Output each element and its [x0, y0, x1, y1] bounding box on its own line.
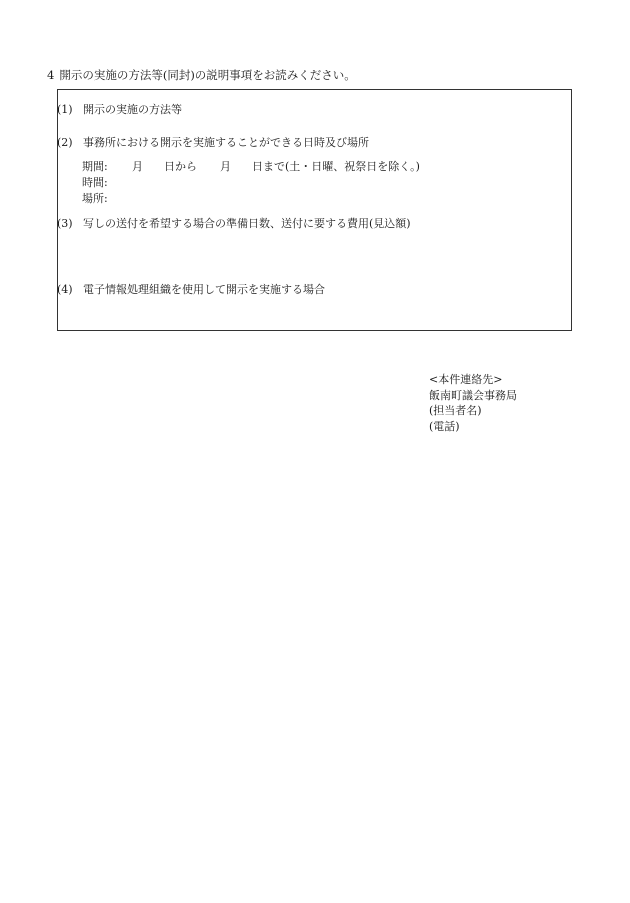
- period-row: 期間:月日から月日まで(土・日曜、祝祭日を除く。): [82, 161, 420, 172]
- section-heading-text: 開示の実施の方法等(同封)の説明事項をお読みください。: [59, 68, 355, 82]
- contact-office: 飯南町議会事務局: [429, 388, 517, 404]
- place-label: 場所:: [82, 193, 108, 204]
- contact-title: <本件連絡先>: [429, 372, 517, 388]
- day-until: 日まで(土・日曜、祝祭日を除く。): [252, 161, 420, 172]
- section-heading: 4開示の実施の方法等(同封)の説明事項をお読みください。: [47, 70, 356, 82]
- section-number: 4: [47, 68, 54, 82]
- month-until: 月: [220, 161, 252, 172]
- item-text: 電子情報処理組織を使用して開示を実施する場合: [83, 283, 325, 296]
- item-electronic-disclosure: (4)電子情報処理組織を使用して開示を実施する場合: [57, 284, 325, 295]
- disclosure-method-box: (1)開示の実施の方法等 (2)事務所における開示を実施することができる日時及び…: [57, 89, 572, 331]
- contact-person: (担当者名): [429, 403, 517, 419]
- item-label: (1): [57, 104, 83, 115]
- item-text: 事務所における開示を実施することができる日時及び場所: [83, 136, 369, 149]
- period-label: 期間:: [82, 161, 132, 172]
- item-text: 開示の実施の方法等: [83, 103, 182, 116]
- item-text: 写しの送付を希望する場合の準備日数、送付に要する費用(見込額): [83, 217, 411, 230]
- item-label: (3): [57, 218, 83, 229]
- time-label: 時間:: [82, 177, 108, 188]
- time-row: 時間:: [82, 177, 108, 188]
- contact-phone: (電話): [429, 419, 517, 435]
- item-copy-delivery: (3)写しの送付を希望する場合の準備日数、送付に要する費用(見込額): [57, 218, 411, 229]
- item-office-datetime-place: (2)事務所における開示を実施することができる日時及び場所: [57, 137, 369, 148]
- day-from: 日から: [164, 161, 220, 172]
- item-label: (2): [57, 137, 83, 148]
- place-row: 場所:: [82, 193, 108, 204]
- item-label: (4): [57, 284, 83, 295]
- month-from: 月: [132, 161, 164, 172]
- item-disclosure-method: (1)開示の実施の方法等: [57, 104, 182, 115]
- contact-block: <本件連絡先> 飯南町議会事務局 (担当者名) (電話): [429, 372, 517, 434]
